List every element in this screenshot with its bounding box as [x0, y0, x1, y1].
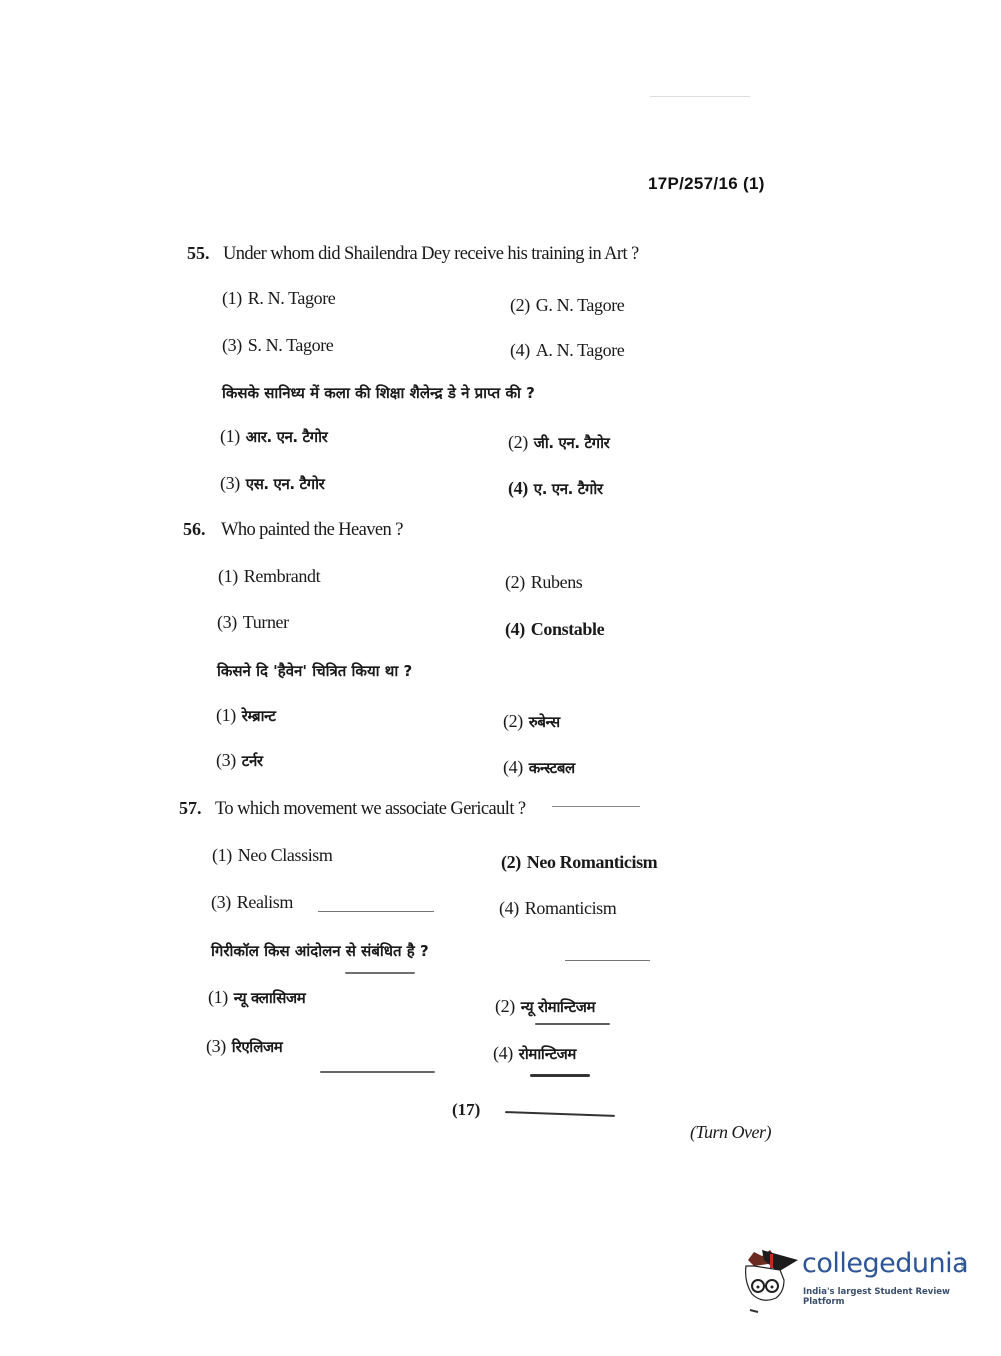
option-4: (4)Constable — [505, 619, 604, 640]
question-number: 56. — [183, 519, 206, 540]
paper-code: 17P/257/16 (1) — [648, 174, 765, 194]
question-text-english: Under whom did Shailendra Dey receive hi… — [223, 244, 639, 265]
question-text-english: Who painted the Heaven ? — [221, 520, 403, 541]
option-4-hindi: (4)रोमान्टिजम — [493, 1043, 576, 1064]
option-2-hindi: (2)रुबेन्स — [503, 711, 560, 732]
option-1: (1)R. N. Tagore — [222, 288, 335, 309]
scan-mark — [552, 806, 640, 807]
option-3: (3)S. N. Tagore — [222, 335, 333, 356]
option-4: (4)Romanticism — [499, 898, 616, 919]
option-3: (3)Realism — [211, 892, 293, 913]
option-2: (2)Neo Romanticism — [501, 852, 657, 873]
option-2: (2)Rubens — [505, 572, 582, 593]
option-2: (2)G. N. Tagore — [510, 295, 624, 316]
option-3: (3)Turner — [217, 612, 289, 633]
scan-noise — [650, 96, 750, 97]
scan-mark — [565, 960, 650, 961]
option-1-hindi: (1)आर. एन. टैगोर — [220, 426, 327, 447]
brand-name: collegedunia — [802, 1248, 968, 1279]
question-text-hindi: किसके सानिध्य में कला की शिक्षा शैलेन्द्… — [222, 383, 535, 403]
option-2-hindi: (2)जी. एन. टैगोर — [508, 432, 609, 453]
pen-underline — [535, 1023, 610, 1025]
option-4-hindi: (4)कन्स्टबल — [503, 757, 575, 778]
option-3-hindi: (3)एस. एन. टैगोर — [220, 473, 324, 494]
option-3-hindi: (3)टर्नर — [216, 750, 263, 771]
question-number: 55. — [187, 243, 210, 264]
pen-stroke — [505, 1111, 615, 1117]
option-1: (1)Rembrandt — [218, 566, 320, 587]
question-text-hindi: किसने दि 'हैवेन' चित्रित किया था ? — [217, 661, 412, 681]
pen-underline — [345, 972, 415, 974]
page-number: (17) — [452, 1100, 480, 1120]
option-3-hindi: (3)रिएलिजम — [206, 1036, 282, 1057]
pen-underline — [530, 1074, 590, 1077]
option-1-hindi: (1)न्यू क्लासिजम — [208, 987, 305, 1008]
mascot-icon — [740, 1246, 802, 1316]
option-1: (1)Neo Classism — [212, 845, 333, 866]
turn-over-label: (Turn Over) — [690, 1122, 771, 1143]
brand-domain: .com — [959, 1256, 966, 1271]
option-1-hindi: (1)रेम्ब्रान्ट — [216, 705, 276, 726]
question-number: 57. — [179, 798, 202, 819]
scan-mark — [318, 911, 434, 912]
brand-tagline: India's largest Student Review Platform — [803, 1287, 970, 1307]
option-4: (4)A. N. Tagore — [510, 340, 624, 361]
option-2-hindi: (2)न्यू रोमान्टिजम — [495, 996, 595, 1017]
option-4-hindi: (4)ए. एन. टैगोर — [508, 478, 603, 499]
question-text-english: To which movement we associate Gericault… — [215, 799, 526, 820]
question-text-hindi: गिरीकॉल किस आंदोलन से संबंधित है ? — [211, 941, 429, 961]
pen-underline — [320, 1071, 435, 1073]
collegedunia-logo: collegedunia .com India's largest Studen… — [740, 1246, 970, 1316]
